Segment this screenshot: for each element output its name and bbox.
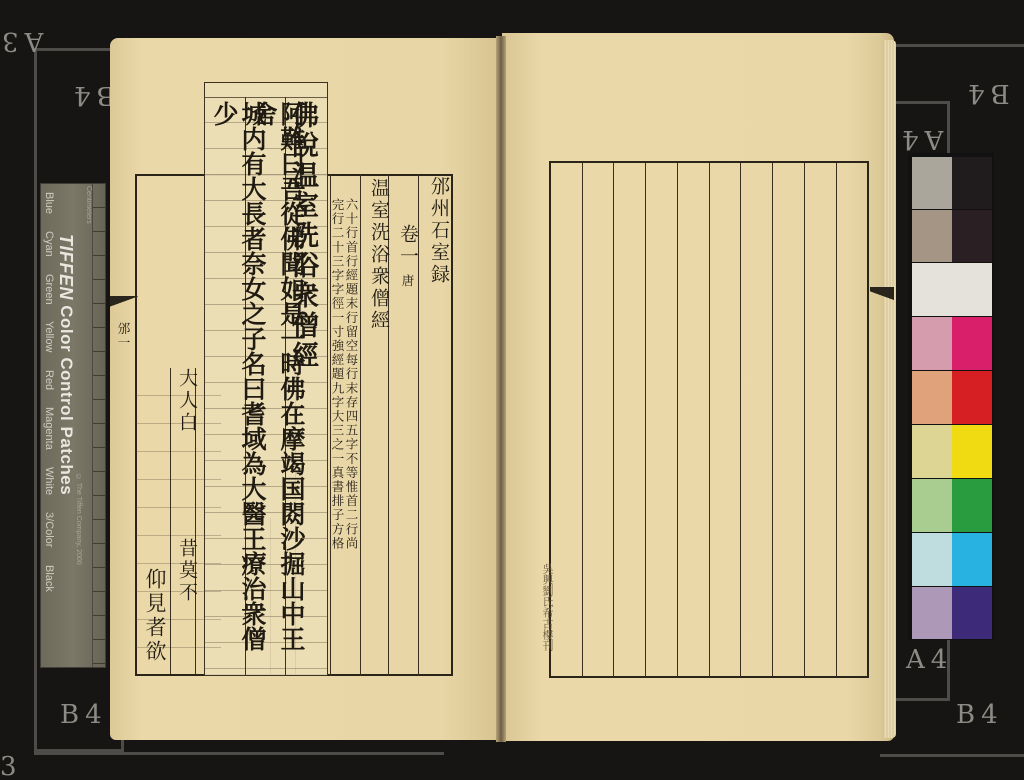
note-line-1: 六十行首行經題末行留空每行末存四五字不等惟首二行尚 bbox=[344, 198, 358, 551]
mat-guide-bottom-left bbox=[34, 752, 444, 755]
patch-peach bbox=[912, 371, 952, 424]
mat-label-a4-right: A4 bbox=[896, 124, 943, 154]
patch-black-2 bbox=[952, 210, 992, 262]
patch-pale-green bbox=[912, 479, 952, 532]
patch-tan bbox=[912, 210, 952, 262]
column-rule bbox=[645, 163, 646, 677]
patch-gray-light bbox=[912, 157, 952, 209]
book-gutter bbox=[496, 36, 506, 742]
centimeter-ruler bbox=[92, 184, 105, 667]
mat-guide-bottom-line bbox=[880, 754, 1024, 757]
tiffen-units: Centimeters bbox=[85, 186, 92, 224]
fragment-text-c: 仰見者欲 bbox=[140, 568, 170, 664]
column-rule bbox=[804, 163, 805, 677]
mat-guide-frame-right-outer bbox=[894, 44, 1024, 47]
mat-label-3: 3 bbox=[0, 752, 23, 780]
color-patch-chart bbox=[908, 153, 994, 640]
color-name-white: White bbox=[43, 467, 55, 495]
tiffen-logo: TIFFEN bbox=[56, 234, 76, 300]
note-line-2: 完行二十三字字徑一寸強經題九字大三之一真書排子方格 bbox=[330, 198, 344, 551]
tiffen-title: Color Control Patches bbox=[57, 305, 76, 495]
column-rule bbox=[836, 163, 837, 677]
publisher-imprint: 吳興劉氏希古樓刊 bbox=[540, 563, 554, 651]
patch-red bbox=[952, 371, 992, 424]
patch-green bbox=[952, 479, 992, 532]
color-name-green: Green bbox=[43, 274, 55, 305]
patch-magenta bbox=[952, 317, 992, 370]
sutra-title: 温室洗浴衆僧經 bbox=[366, 178, 393, 332]
tiffen-color-names: Blue Cyan Green Yellow Red Magenta White… bbox=[43, 192, 55, 606]
mat-label-b4-bottomright: B4 bbox=[956, 700, 1004, 730]
patch-pale-cyan bbox=[912, 533, 952, 586]
mat-label-b4-topleft: B4 bbox=[68, 80, 116, 110]
tiffen-copyright: © The Tiffen Company, 2000 bbox=[75, 474, 82, 565]
patch-yellow bbox=[952, 425, 992, 478]
patch-black-1 bbox=[952, 157, 992, 209]
right-page: 吳興劉氏希古樓刊 bbox=[502, 33, 894, 741]
column-rule bbox=[613, 163, 614, 677]
fragment-rule bbox=[170, 368, 171, 674]
column-rule bbox=[582, 163, 583, 677]
margin-label: 邠一 bbox=[116, 322, 130, 350]
tiffen-color-control-strip: Blue Cyan Green Yellow Red Magenta White… bbox=[40, 183, 106, 668]
fragment-text-b: 昔莫不 bbox=[174, 538, 201, 604]
book-title: 邠州石室録 bbox=[426, 176, 453, 286]
color-name-magenta: Magenta bbox=[43, 407, 55, 450]
page-edge-stack bbox=[884, 40, 896, 738]
patch-indigo bbox=[952, 587, 992, 639]
patch-cyan bbox=[952, 533, 992, 586]
column-rule bbox=[360, 174, 361, 676]
left-page: 邠州石室録 卷一 唐 温室洗浴衆僧經 六十行首行經題末行留空每行末存四五字不等惟… bbox=[110, 38, 500, 740]
column-rule bbox=[740, 163, 741, 677]
fragment-text-a: 大人白 bbox=[174, 368, 201, 434]
patch-white bbox=[912, 263, 992, 316]
color-name-yellow: Yellow bbox=[43, 321, 55, 352]
patch-lavender bbox=[912, 587, 952, 639]
dynasty-label: 唐 bbox=[400, 274, 414, 288]
color-name-blue: Blue bbox=[43, 192, 55, 214]
pasted-manuscript-slip: 佛說温室洗浴衆僧經 阿難曰吾從佛聞如是一時佛在摩竭国閦沙掘山中王舍 城内有大長者… bbox=[204, 82, 328, 676]
color-name-cyan: Cyan bbox=[43, 231, 55, 257]
mat-label-a4-bottomright: A4 bbox=[906, 645, 953, 675]
column-rule bbox=[677, 163, 678, 677]
color-name-3color: 3/Color bbox=[43, 512, 55, 547]
page-tab-marker-left bbox=[110, 296, 138, 312]
column-rule bbox=[709, 163, 710, 677]
patch-pale-yellow bbox=[912, 425, 952, 478]
volume-label: 卷一 bbox=[395, 224, 422, 268]
column-rule bbox=[772, 163, 773, 677]
mat-label-a3: A3 bbox=[0, 26, 43, 56]
mat-label-b4-bottomleft: B4 bbox=[60, 700, 108, 730]
mat-label-b4-topright: B4 bbox=[962, 78, 1010, 108]
color-name-black: Black bbox=[43, 565, 55, 592]
tiffen-brand: TIFFEN Color Control Patches bbox=[55, 234, 76, 495]
page-tab-marker-right bbox=[870, 287, 894, 307]
patch-pink bbox=[912, 317, 952, 370]
color-name-red: Red bbox=[43, 370, 55, 390]
